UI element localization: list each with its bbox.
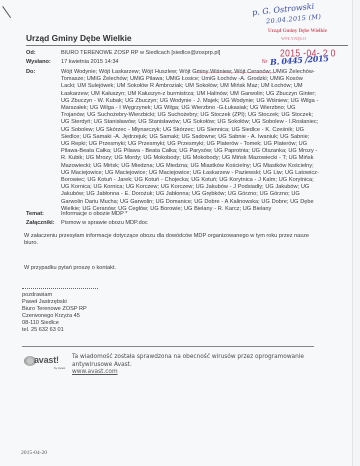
to-label: Do: <box>26 69 35 76</box>
signature-block: pozdrawiam Paweł Jastrzębski Biuro Teren… <box>22 292 87 334</box>
signature-phone: tel. 25 632 63 01 <box>22 327 87 334</box>
print-date: 2015-04-20 <box>21 450 47 456</box>
body-paragraph-1: W załaczeniu przesyłam informacje dotycz… <box>24 233 324 247</box>
avast-logo-sub: by Avast <box>54 366 65 370</box>
signature-greeting: pozdrawiam <box>22 292 87 299</box>
sent-value: 17 kwietnia 2015 14:34 <box>61 59 319 66</box>
signature-divider <box>22 288 98 289</box>
subject-label: Temat: <box>26 211 44 218</box>
signature-name: Paweł Jastrzębski <box>22 299 87 306</box>
footer-divider <box>22 346 314 347</box>
subject-value: Informacje o obozie MDP * <box>61 211 319 218</box>
attachment-filename: Pismow w sprawie obozu MDP.doc <box>61 220 319 227</box>
signature-city: 08-110 Siedlce <box>22 320 87 327</box>
stamp-ink-overlap <box>195 72 275 73</box>
attachments-label: Załączniki: <box>26 220 55 227</box>
antivirus-notice: Ta wiadomość została sprawdzona na obecn… <box>72 354 322 377</box>
from-value: BIURO TERENOWE ZOSP RP w Siedlcach [sied… <box>61 50 319 57</box>
avast-link[interactable]: www.avast.com <box>72 369 322 377</box>
to-recipients-list: Wójt Wodynie; Wójt Łaskarzew; Wójt Huszl… <box>61 69 319 213</box>
avast-logo: avast! by Avast <box>24 354 72 372</box>
sent-label: Wysłano: <box>26 59 51 66</box>
heading-divider <box>26 45 348 46</box>
pen-mark <box>2 6 11 18</box>
body-paragraph-2: W przypadku pytań proszę o kontakt. <box>24 265 324 272</box>
scanned-email-page: p. G. Ostrowski 20.04.2015 (M) Urząd Gmi… <box>0 0 353 466</box>
antivirus-message: Ta wiadomość została sprawdzona na obecn… <box>72 354 322 369</box>
signature-street: Czerwonego Krzyża 45 <box>22 313 87 320</box>
signature-office: Biuro Terenowe ZOSP RP <box>22 306 87 313</box>
organization-heading: Urząd Gminy Dębe Wielkie <box>26 33 346 43</box>
avast-logo-name: avast! <box>34 355 59 365</box>
from-label: Od: <box>26 50 36 57</box>
